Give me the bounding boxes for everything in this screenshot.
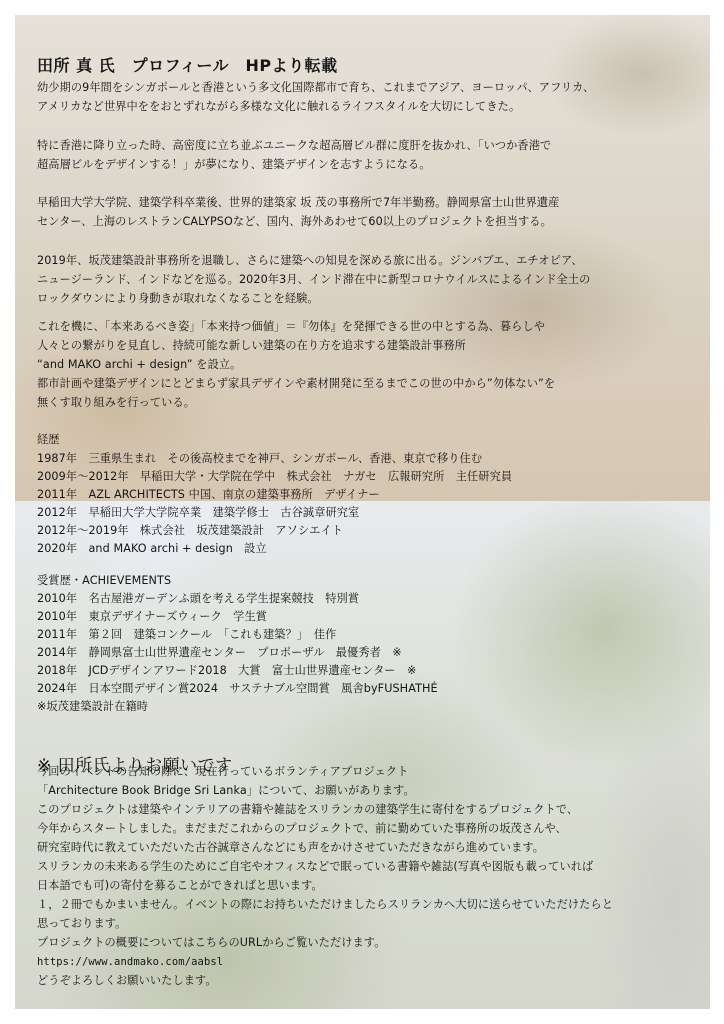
profile-line: これを機に、「本来あるべき姿」「本来持つ価値」＝『勿体』を発揮できる世の中とする…	[37, 320, 545, 334]
project-url-link[interactable]: https://www.andmako.com/aabsl	[37, 955, 223, 969]
profile-line: 都市計画や建築デザインにとどまらず家具デザインや素材開発に至るまでこの世の中から…	[37, 377, 555, 391]
profile-line: 超高層ビルをデザインする！」が夢になり、建築デザインを志すようになる。	[37, 158, 431, 172]
profile-line: 幼少期の9年間をシンガポールと香港という多文化国際都市で育ち、これまでアジア、ヨ…	[37, 81, 594, 95]
request-line: 研究室時代に教えていただいた古谷誠章さんなどにも声をかけさせていただきながら進め…	[37, 841, 544, 855]
profile-line: センター、上海のレストランCALYPSOなど、国内、海外あわせて60以上のプロジ…	[37, 215, 552, 229]
award-item: 2010年 東京デザイナーズウィーク 学生賞	[37, 610, 267, 624]
request-line: プロジェクトの概要についてはこちらのURLからご覧いただけます。	[37, 936, 386, 950]
award-item: 2010年 名古屋港ガーデンふ頭を考える学生提案競技 特別賞	[37, 592, 359, 606]
profile-line: 特に香港に降り立った時、高密度に立ち並ぶユニークな超高層ビル群に度肝を抜かれ、「…	[37, 139, 551, 153]
request-line: １，２冊でもかまいません。イベントの際にお持ちいただけましたらスリランカへ大切に…	[37, 898, 613, 912]
awards-heading: 受賞歴・ACHIEVEMENTS	[37, 574, 171, 588]
profile-line: 早稲田大学大学院、建築学科卒業後、世界的建築家 坂 茂の事務所で7年半勤務。静岡…	[37, 196, 559, 210]
request-line: このプロジェクトは建築やインテリアの書籍や雑誌をスリランカの建築学生に寄付をする…	[37, 803, 578, 817]
document-content: 田所 真 氏 プロフィール HPより転載 幼少期の9年間をシンガポールと香港とい…	[15, 15, 710, 1009]
career-item: 2020年 and MAKO archi + design 設立	[37, 542, 267, 556]
page-title: 田所 真 氏 プロフィール HPより転載	[37, 53, 338, 76]
profile-line: 人々との繋がりを見直し、持続可能な新しい建築の在り方を追求する建築設計事務所	[37, 339, 466, 353]
profile-line: ロックダウンにより身動きが取れなくなることを経験。	[37, 292, 319, 306]
award-item: 2011年 第２回 建築コンクール 「これも建築？」 佳作	[37, 628, 336, 642]
request-closing: どうぞよろしくお願いいたします。	[37, 974, 217, 988]
request-line: 「Architecture Book Bridge Sri Lanka」について…	[37, 784, 415, 798]
career-item: 2012年～2019年 株式会社 坂茂建築設計 アソシエイト	[37, 524, 343, 538]
career-heading: 経歴	[37, 433, 60, 447]
document-panel: 田所 真 氏 プロフィール HPより転載 幼少期の9年間をシンガポールと香港とい…	[15, 15, 710, 1009]
career-item: 1987年 三重県生まれ その後高校までを神戸、シンガポール、香港、東京で移り住…	[37, 452, 482, 466]
profile-line: アメリカなど世界中ををおとずれながら多様な文化に触れるライフスタイルを大切にして…	[37, 100, 520, 114]
career-item: 2011年 AZL ARCHITECTS 中国、南京の建築事務所 デザイナー	[37, 488, 380, 502]
career-item: 2012年 早稲田大学大学院卒業 建築学修士 古谷誠章研究室	[37, 506, 359, 520]
profile-line: 無くす取り組みを行っている。	[37, 396, 195, 410]
profile-line: “and MAKO archi + design” を設立。	[37, 358, 241, 372]
request-line: 日本語でも可)の寄付を募ることができればと思います。	[37, 879, 323, 893]
award-item: 2024年 日本空間デザイン賞2024 サステナブル空間賞 風舎byFUSHAT…	[37, 682, 438, 696]
request-line: 今年からスタートしました。まだまだこれからのプロジェクトで、前に勤めていた事務所…	[37, 822, 567, 836]
award-item: 2014年 静岡県富士山世界遺産センター プロポーザル 最優秀者 ※	[37, 646, 402, 660]
request-line: 思っております。	[37, 917, 126, 931]
award-item: 2018年 JCDデザインアワード2018 大賞 富士山世界遺産センター ※	[37, 664, 417, 678]
career-item: 2009年～2012年 早稲田大学・大学院在学中 株式会社 ナガセ 広報研究所 …	[37, 470, 512, 484]
project-url[interactable]: https://www.andmako.com/aabsl	[37, 956, 223, 968]
awards-note: ※坂茂建築設計在籍時	[37, 700, 148, 714]
request-line: スリランカの未来ある学生のためにご自宅やオフィスなどで眠っている書籍や雑誌(写真…	[37, 860, 593, 874]
profile-line: 2019年、坂茂建築設計事務所を退職し、さらに建築への知見を深める旅に出る。ジン…	[37, 254, 583, 268]
profile-line: ニュージーランド、インドなどを巡る。2020年3月、インド滞在中に新型コロナウイ…	[37, 273, 590, 287]
request-line: 今回のイベントの告知の際に、現在行っているボランティアプロジェクト	[37, 765, 408, 779]
